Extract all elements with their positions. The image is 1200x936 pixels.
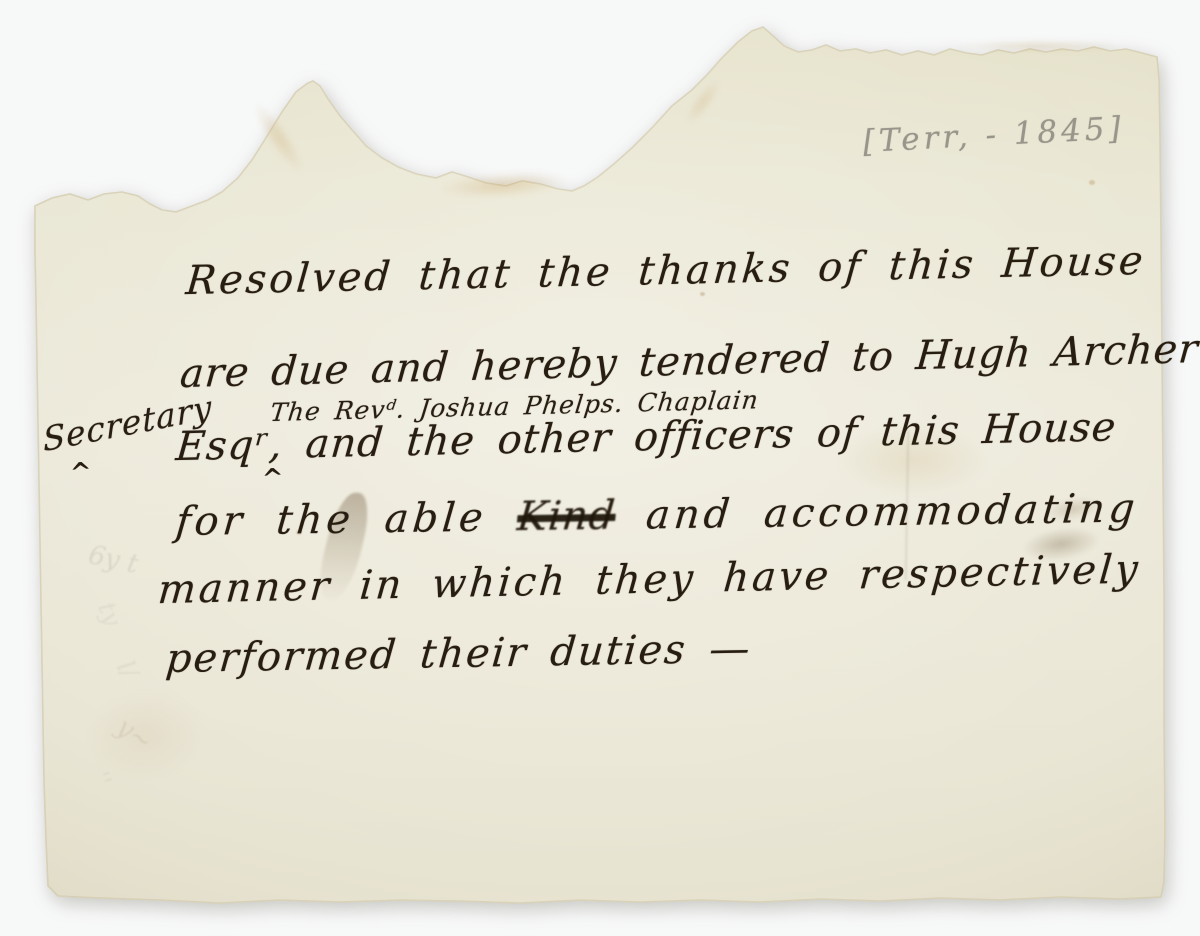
line3-esquire: Esqʳ, <box>174 422 285 470</box>
struck-out-word: Kind <box>515 493 617 540</box>
margin-caret-mark: ^ <box>69 457 93 488</box>
document-scan: [Terr, - 1845] 6y t ty l/ y~ '' Resolved… <box>0 0 1200 936</box>
line4-rest: and accommodating <box>644 486 1140 539</box>
line4-start: for the able <box>174 495 489 545</box>
insertion-caret-mark: ^ <box>261 463 285 494</box>
